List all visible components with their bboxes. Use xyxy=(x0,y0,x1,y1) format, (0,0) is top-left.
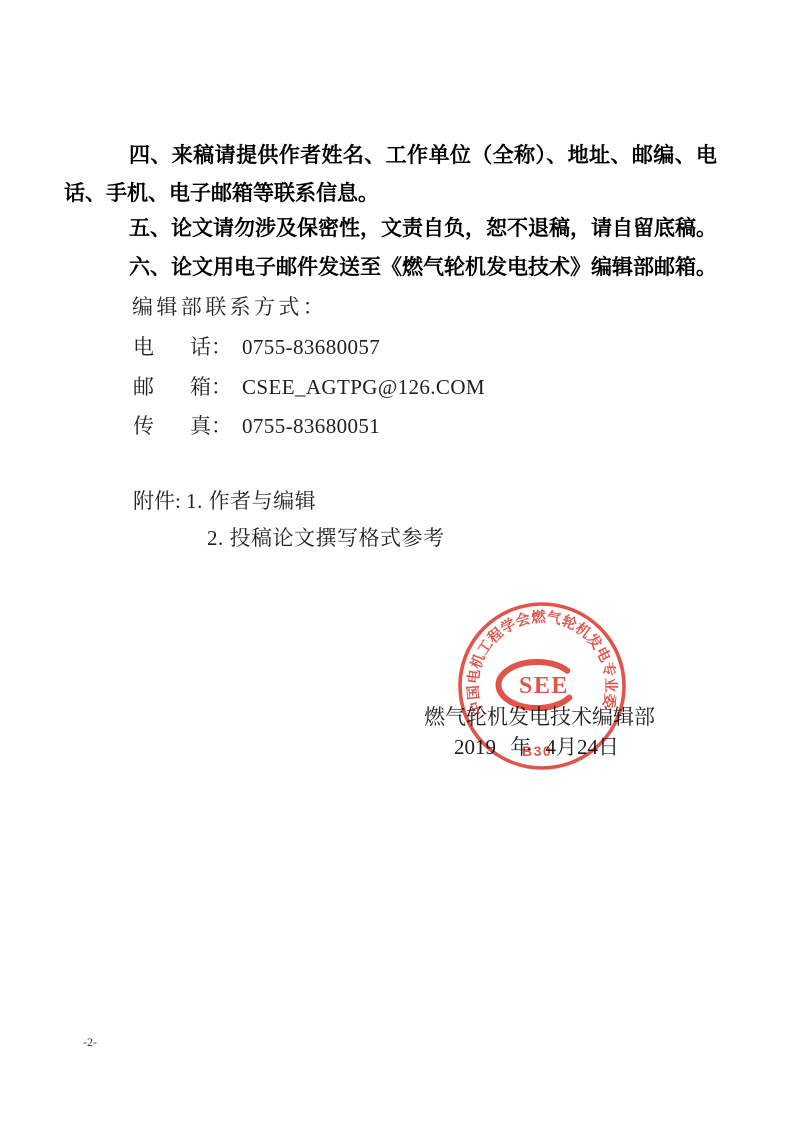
stamp-see-text: SEE xyxy=(519,673,569,699)
attachment-label: 附件: xyxy=(133,489,181,513)
page-number: -2- xyxy=(83,1035,97,1050)
document-page: 四、来稿请提供作者姓名、工作单位（全称）、地址、邮编、电 话、手机、电子邮箱等联… xyxy=(0,0,793,1122)
paragraph-4-line-1: 四、来稿请提供作者姓名、工作单位（全称）、地址、邮编、电 xyxy=(129,145,717,168)
contact-value-email: CSEE_AGTPG@126.COM xyxy=(242,375,485,399)
attachment-item-2: 2. 投稿论文撰写格式参考 xyxy=(207,527,445,549)
contact-label-phone-a: 电 xyxy=(133,336,154,358)
contact-row-fax: 传真：0755-83680051 xyxy=(133,415,380,437)
contact-label-email: 邮箱： xyxy=(133,376,232,398)
contact-label-fax: 传真： xyxy=(133,415,232,437)
contact-row-phone: 电话：0755-83680057 xyxy=(133,336,380,358)
stamp-seal: 中国电机工程学会燃气轮机发电专业委员会 SEE B30 xyxy=(442,586,642,786)
contact-label-email-a: 邮 xyxy=(133,376,154,398)
contact-row-email: 邮箱：CSEE_AGTPG@126.COM xyxy=(133,376,485,398)
contact-label-phone-b: 话： xyxy=(190,336,232,358)
contact-value-phone: 0755-83680057 xyxy=(242,335,380,359)
paragraph-5: 五、论文请勿涉及保密性，文责自负，恕不退稿，请自留底稿。 xyxy=(129,218,717,241)
stamp-code-text: B30 xyxy=(522,743,552,759)
contact-label-phone: 电话： xyxy=(133,336,232,358)
contact-heading: 编辑部联系方式： xyxy=(132,296,327,318)
paragraph-6: 六、论文用电子邮件发送至《燃气轮机发电技术》编辑部邮箱。 xyxy=(129,257,717,280)
attachment-line-1: 附件: 1. 作者与编辑 xyxy=(133,490,316,512)
contact-label-email-b: 箱： xyxy=(190,376,232,398)
attachment-item-1: 1. 作者与编辑 xyxy=(186,489,316,513)
contact-label-fax-a: 传 xyxy=(133,415,154,437)
contact-value-fax: 0755-83680051 xyxy=(242,414,380,438)
contact-label-fax-b: 真： xyxy=(190,415,232,437)
paragraph-4-line-2: 话、手机、电子邮箱等联系信息。 xyxy=(64,183,379,206)
stamp-seal-svg: 中国电机工程学会燃气轮机发电专业委员会 SEE B30 xyxy=(442,586,642,786)
